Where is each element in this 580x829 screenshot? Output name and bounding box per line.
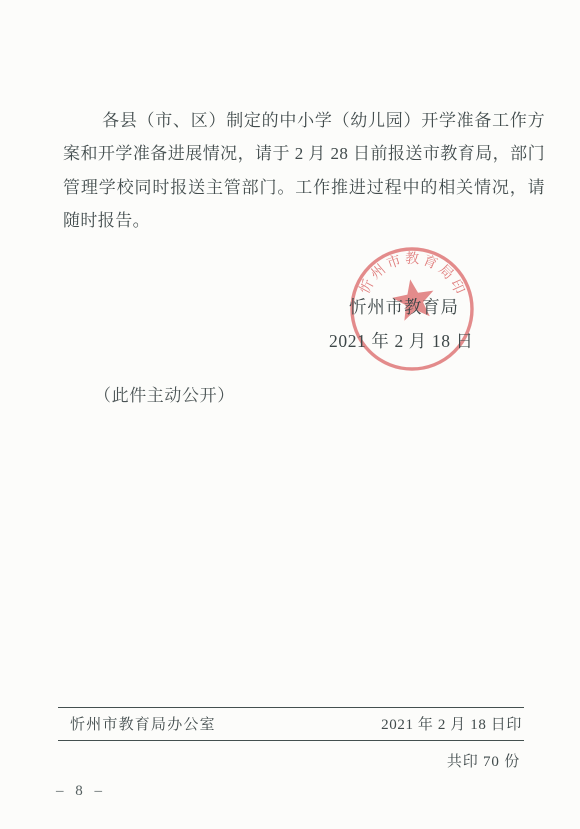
page-number: – 8 – <box>56 783 106 800</box>
document-page: 各县（市、区）制定的中小学（幼儿园）开学准备工作方案和开学准备进展情况，请于 2… <box>0 0 580 829</box>
seal-text-arc <box>368 263 457 297</box>
body-paragraph: 各县（市、区）制定的中小学（幼儿园）开学准备工作方案和开学准备进展情况，请于 2… <box>63 104 545 238</box>
footer-copies-count: 共印 70 份 <box>447 750 520 771</box>
disclosure-note: （此件主动公开） <box>94 381 235 406</box>
signature-organization: 忻州市教育局 <box>349 294 459 319</box>
seal-arc-text: 忻州市教育局印 <box>356 250 468 300</box>
signature-date: 2021 年 2 月 18 日 <box>329 328 474 353</box>
footer-rule-bottom <box>58 740 524 741</box>
footer-row: 忻州市教育局办公室 2021 年 2 月 18 日印 <box>58 713 524 734</box>
footer-rule-top <box>58 707 524 708</box>
footer-print-date: 2021 年 2 月 18 日印 <box>381 713 524 734</box>
footer-office-name: 忻州市教育局办公室 <box>58 713 216 734</box>
